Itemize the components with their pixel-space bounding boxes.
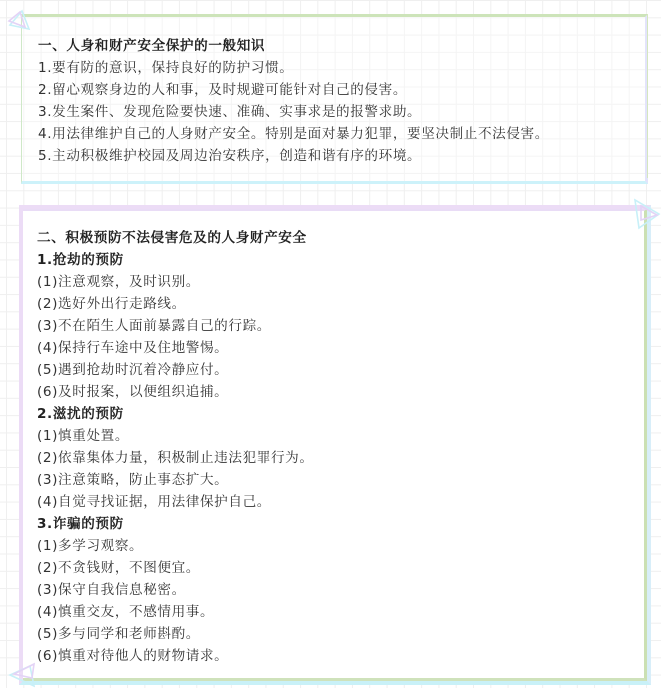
- list-item: (2)选好外出行走路线。: [37, 293, 314, 315]
- list-item: (2)依靠集体力量，积极制止违法犯罪行为。: [37, 447, 314, 469]
- triangle-icon: [7, 9, 33, 31]
- subsection-heading: 2.滋扰的预防: [37, 403, 314, 425]
- section1-content: 一、人身和财产安全保护的一般知识 1.要有防的意识，保持良好的防护习惯。 2.留…: [38, 35, 549, 167]
- triangle-icon: [6, 662, 36, 688]
- list-item: (3)保守自我信息秘密。: [37, 579, 314, 601]
- list-item: (3)不在陌生人面前暴露自己的行踪。: [37, 315, 314, 337]
- list-item: (5)遇到抢劫时沉着冷静应付。: [37, 359, 314, 381]
- triangle-icon: [633, 198, 661, 232]
- list-item: 1.要有防的意识，保持良好的防护习惯。: [38, 57, 549, 79]
- section2-title: 二、积极预防不法侵害危及的人身财产安全: [37, 227, 314, 249]
- list-item: (1)慎重处置。: [37, 425, 314, 447]
- list-item: (4)自觉寻找证据，用法律保护自己。: [37, 491, 314, 513]
- list-item: 4.用法律维护自己的人身财产安全。特别是面对暴力犯罪，要坚决制止不法侵害。: [38, 123, 549, 145]
- list-item: (1)多学习观察。: [37, 535, 314, 557]
- list-item: (3)注意策略，防止事态扩大。: [37, 469, 314, 491]
- section1-title: 一、人身和财产安全保护的一般知识: [38, 35, 549, 57]
- list-item: (6)及时报案，以便组织追捕。: [37, 381, 314, 403]
- section2-content: 二、积极预防不法侵害危及的人身财产安全 1.抢劫的预防 (1)注意观察，及时识别…: [37, 227, 314, 667]
- list-item: 3.发生案件、发现危险要快速、准确、实事求是的报警求助。: [38, 101, 549, 123]
- subsection-heading: 3.诈骗的预防: [37, 513, 314, 535]
- subsection-heading: 1.抢劫的预防: [37, 249, 314, 271]
- list-item: (4)慎重交友，不感情用事。: [37, 601, 314, 623]
- list-item: (6)慎重对待他人的财物请求。: [37, 645, 314, 667]
- list-item: (5)多与同学和老师斟酌。: [37, 623, 314, 645]
- list-item: (4)保持行车途中及住地警惕。: [37, 337, 314, 359]
- list-item: (1)注意观察，及时识别。: [37, 271, 314, 293]
- list-item: 5.主动积极维护校园及周边治安秩序，创造和谐有序的环境。: [38, 145, 549, 167]
- list-item: (2)不贪钱财，不图便宜。: [37, 557, 314, 579]
- list-item: 2.留心观察身边的人和事，及时规避可能针对自己的侵害。: [38, 79, 549, 101]
